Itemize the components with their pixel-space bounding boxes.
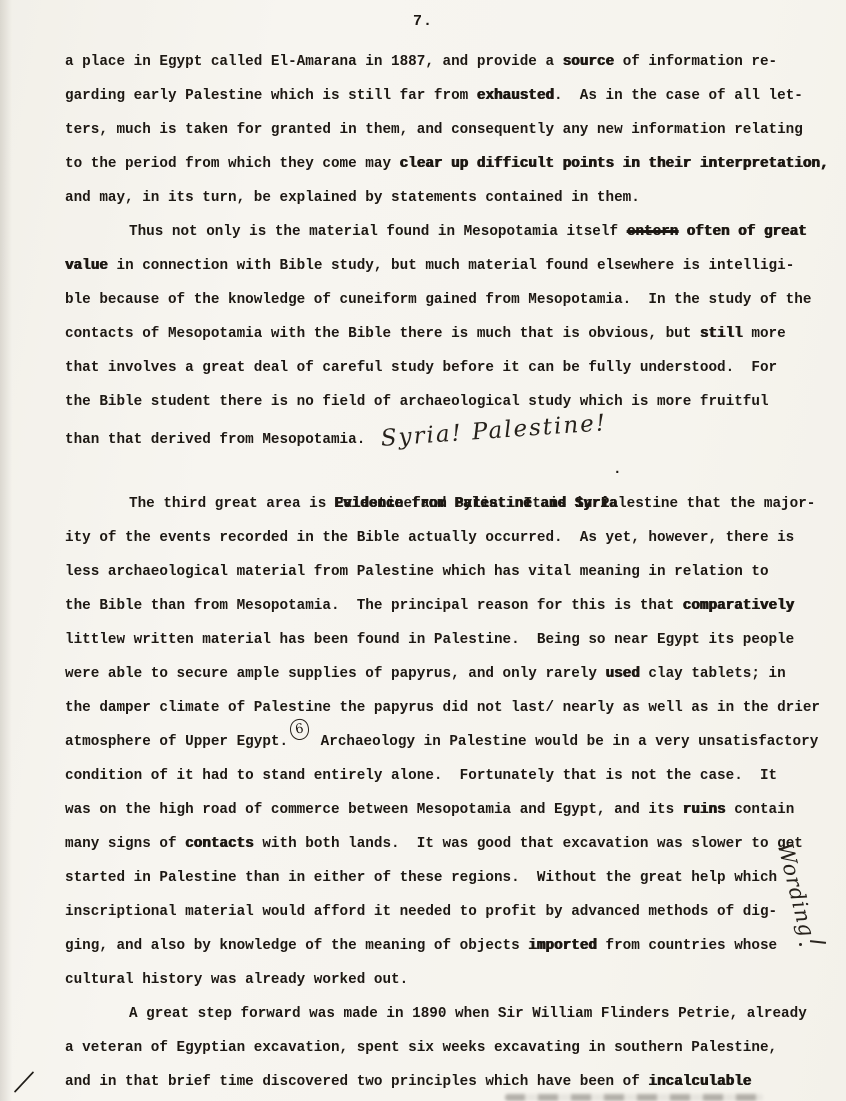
typed-line: that involves a great deal of careful st… (65, 351, 831, 385)
typed-line: the Bible than from Mesopotamia. The pri… (65, 589, 831, 623)
paragraph: Thus not only is the material found in M… (65, 215, 831, 453)
typed-line: was on the high road of commerce between… (65, 793, 831, 827)
overtyped-text: still (700, 326, 743, 342)
page-number: 7. (0, 13, 846, 30)
typed-line: A great step forward was made in 1890 wh… (65, 997, 831, 1031)
typed-line: a veteran of Egyptian excavation, spent … (65, 1031, 831, 1065)
typed-line: many signs of contacts with both lands. … (65, 827, 831, 861)
typed-line: ging, and also by knowledge of the meani… (65, 929, 831, 963)
typed-line: value in connection with Bible study, bu… (65, 249, 831, 283)
struck-out-word: entern (627, 224, 678, 240)
overtyped-text: used (606, 666, 640, 682)
section-heading: Evidence from Palestine and Syria (334, 496, 617, 512)
typed-line: cultural history was already worked out. (65, 963, 831, 997)
typed-line: inscriptional material would afford it n… (65, 895, 831, 929)
section-heading-row: Evidence from Palestine and Syria . (65, 453, 831, 487)
overtyped-text: comparatively (683, 598, 795, 614)
typed-line: littlew written material has been found … (65, 623, 831, 657)
typed-line: the damper climate of Palestine the papy… (65, 691, 831, 725)
typed-line: ters, much is taken for granted in them,… (65, 113, 831, 147)
overtyped-text: source (563, 54, 614, 70)
overtyped-text: incalculable (648, 1074, 751, 1090)
overtyped-text: contacts (185, 836, 254, 852)
typed-line: were able to secure ample supplies of pa… (65, 657, 831, 691)
overtyped-text: imported (528, 938, 597, 954)
partial-next-line-smudge (505, 1094, 763, 1101)
body-part-1: a place in Egypt called El-Amarana in 18… (65, 45, 831, 453)
typed-line: less archaeological material from Palest… (65, 555, 831, 589)
typed-line: atmosphere of Upper Egypt.6 Archaeology … (65, 725, 831, 759)
typed-line: than that derived from Mesopotamia.Syria… (65, 419, 831, 453)
typed-line: to the period from which they come may c… (65, 147, 831, 181)
typed-line: the Bible student there is no field of a… (65, 385, 831, 419)
typed-line: Thus not only is the material found in M… (65, 215, 831, 249)
typed-body: a place in Egypt called El-Amarana in 18… (65, 45, 831, 1099)
paragraph: The third great area is Palestine and Sy… (65, 487, 831, 997)
typed-line: contacts of Mesopotamia with the Bible t… (65, 317, 831, 351)
typed-line: garding early Palestine which is still f… (65, 79, 831, 113)
body-part-2: The third great area is Palestine and Sy… (65, 487, 831, 1099)
typed-line: a place in Egypt called El-Amarana in 18… (65, 45, 831, 79)
overtyped-text: clear up difficult points in their inter… (400, 156, 829, 172)
stray-period: . (613, 453, 622, 487)
overtyped-text: ruins (683, 802, 726, 818)
typed-line: ity of the events recorded in the Bible … (65, 521, 831, 555)
typed-line: condition of it had to stand entirely al… (65, 759, 831, 793)
overtyped-text: value (65, 258, 108, 274)
paragraph: a place in Egypt called El-Amarana in 18… (65, 45, 831, 215)
margin-note-dot (799, 943, 802, 946)
overtyped-text: exhausted (477, 88, 554, 104)
typed-line: and may, in its turn, be explained by st… (65, 181, 831, 215)
typed-line: ble because of the knowledge of cuneifor… (65, 283, 831, 317)
scanned-typewritten-page: 7. a place in Egypt called El-Amarana in… (0, 0, 846, 1101)
overtyped-text: often of great (687, 224, 807, 240)
paragraph: A great step forward was made in 1890 wh… (65, 997, 831, 1099)
typed-line: started in Palestine than in either of t… (65, 861, 831, 895)
handwritten-check-mark (14, 1071, 35, 1093)
page-edge-shading (0, 0, 12, 1101)
